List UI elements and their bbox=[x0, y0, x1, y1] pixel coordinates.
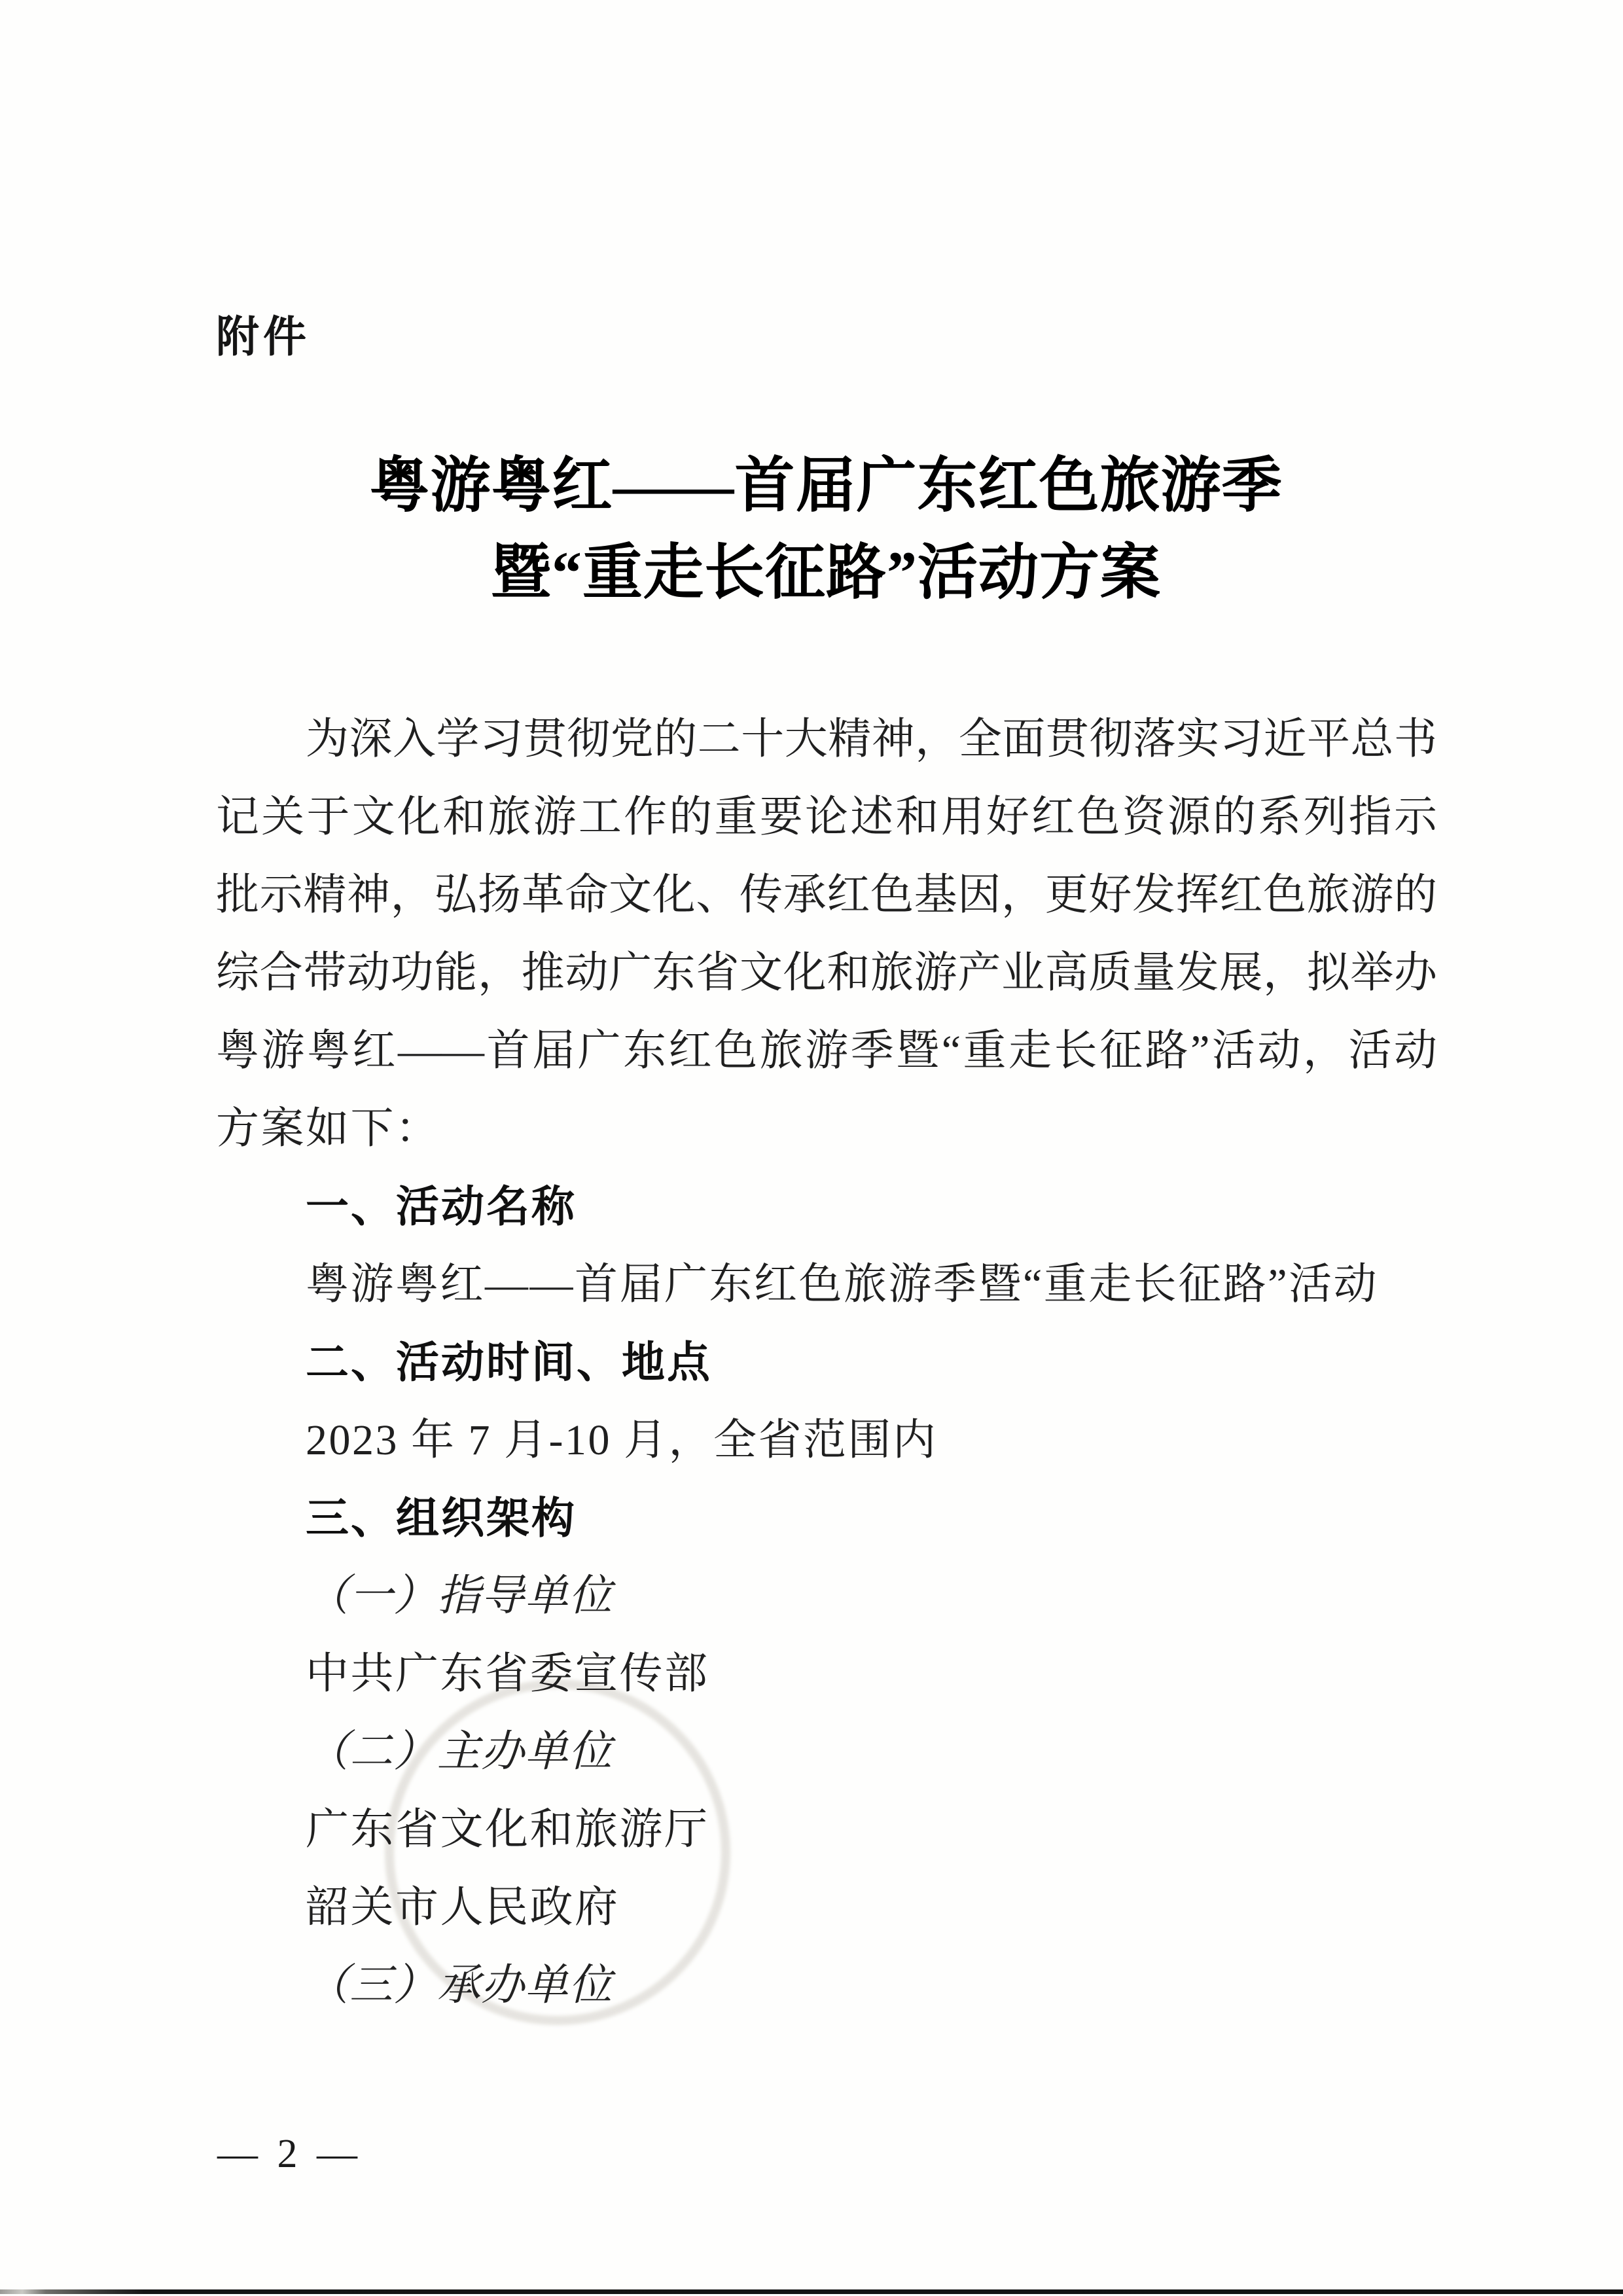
paragraph-line: 批示精神，弘扬革命文化、传承红色基因，更好发挥红色旅游的 bbox=[216, 856, 1437, 934]
attachment-label: 附件 bbox=[216, 306, 310, 367]
paragraph-line: 中共广东省委宣传部 bbox=[216, 1635, 1437, 1713]
paragraph-line: 广东省文化和旅游厅 bbox=[216, 1791, 1437, 1869]
scan-edge-artifact bbox=[0, 2289, 1623, 2294]
section-heading-2: 二、活动时间、地点 bbox=[216, 1323, 1437, 1401]
subsection-heading: （三）承办单位 bbox=[216, 1946, 1437, 2024]
paragraph-line: 2023 年 7 月-10 月，全省范围内 bbox=[216, 1401, 1437, 1479]
section-heading-3: 三、组织架构 bbox=[216, 1479, 1437, 1557]
document-title: 粤游粤红——首届广东红色旅游季 暨“重走长征路”活动方案 bbox=[29, 442, 1623, 617]
section-heading-1: 一、活动名称 bbox=[216, 1168, 1437, 1246]
paragraph-line: 记关于文化和旅游工作的重要论述和用好红色资源的系列指示 bbox=[216, 778, 1437, 856]
document-page: 附件 粤游粤红——首届广东红色旅游季 暨“重走长征路”活动方案 为深入学习贯彻党… bbox=[0, 0, 1623, 2296]
paragraph-line: 韶关市人民政府 bbox=[216, 1869, 1437, 1946]
paragraph-line: 粤游粤红——首届广东红色旅游季暨“重走长征路”活动 bbox=[216, 1246, 1437, 1323]
subsection-heading: （二）主办单位 bbox=[216, 1713, 1437, 1791]
paragraph-line: 综合带动功能，推动广东省文化和旅游产业高质量发展，拟举办 bbox=[216, 934, 1437, 1012]
document-title-line-1: 粤游粤红——首届广东红色旅游季 bbox=[29, 442, 1623, 529]
document-title-line-2: 暨“重走长征路”活动方案 bbox=[29, 529, 1623, 617]
page-number: — 2 — bbox=[217, 2132, 357, 2176]
paragraph-line: 粤游粤红——首届广东红色旅游季暨“重走长征路”活动，活动 bbox=[216, 1012, 1437, 1090]
subsection-heading: （一）指导单位 bbox=[216, 1557, 1437, 1635]
document-body: 为深入学习贯彻党的二十大精神，全面贯彻落实习近平总书 记关于文化和旅游工作的重要… bbox=[216, 700, 1437, 2024]
paragraph-line: 方案如下： bbox=[216, 1090, 1437, 1168]
paragraph-line: 为深入学习贯彻党的二十大精神，全面贯彻落实习近平总书 bbox=[216, 700, 1437, 778]
